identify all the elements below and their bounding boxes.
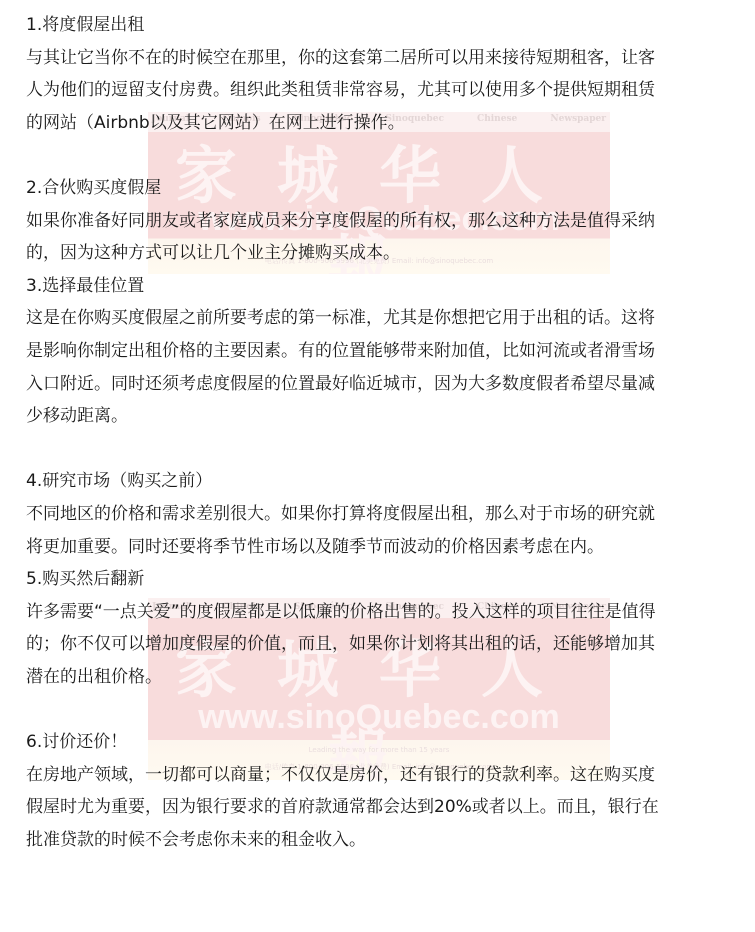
paragraph-line: 如果你准备好同朋友或者家庭成员来分享度假屋的所有权，那么这种方法是值得采纳 xyxy=(26,205,729,238)
paragraph-line: 的；你不仅可以增加度假屋的价值，而且，如果你计划将其出租的话，还能够增加其 xyxy=(26,628,729,661)
paragraph-line: 的网站（Airbnb以及其它网站）在网上进行操作。 xyxy=(26,107,729,140)
spacer xyxy=(26,693,729,726)
article-body: 1.将度假屋出租 与其让它当你不在的时候空在那里，你的这套第二居所可以用来接待短… xyxy=(0,0,755,856)
paragraph-line: 在房地产领域，一切都可以商量；不仅仅是房价，还有银行的贷款利率。这在购买度 xyxy=(26,759,729,792)
paragraph-line: 潜在的出租价格。 xyxy=(26,661,729,694)
section-heading: 5.购买然后翻新 xyxy=(26,563,729,596)
section-heading: 4.研究市场（购买之前） xyxy=(26,465,729,498)
paragraph-line: 的，因为这种方式可以让几个业主分摊购买成本。 xyxy=(26,237,729,270)
paragraph-line: 假屋时尤为重要，因为银行要求的首府款通常都会达到20%或者以上。而且，银行在 xyxy=(26,791,729,824)
paragraph-line: 不同地区的价格和需求差别很大。如果你打算将度假屋出租，那么对于市场的研究就 xyxy=(26,498,729,531)
section-heading: 1.将度假屋出租 xyxy=(26,9,729,42)
paragraph-line: 是影响你制定出租价格的主要因素。有的位置能够带来附加值，比如河流或者滑雪场 xyxy=(26,335,729,368)
paragraph-line: 批准贷款的时候不会考虑你未来的租金收入。 xyxy=(26,824,729,857)
section-heading: 2.合伙购买度假屋 xyxy=(26,172,729,205)
spacer xyxy=(26,433,729,466)
paragraph-line: 许多需要“一点关爱”的度假屋都是以低廉的价格出售的。投入这样的项目往往是值得 xyxy=(26,596,729,629)
section-heading: 3.选择最佳位置 xyxy=(26,270,729,303)
paragraph-line: 这是在你购买度假屋之前所要考虑的第一标准，尤其是你想把它用于出租的话。这将 xyxy=(26,302,729,335)
paragraph-line: 少移动距离。 xyxy=(26,400,729,433)
spacer xyxy=(26,139,729,172)
paragraph-line: 与其让它当你不在的时候空在那里，你的这套第二居所可以用来接待短期租客，让客 xyxy=(26,42,729,75)
paragraph-line: 将更加重要。同时还要将季节性市场以及随季节而波动的价格因素考虑在内。 xyxy=(26,531,729,564)
paragraph-line: 人为他们的逗留支付房费。组织此类租赁非常容易，尤其可以使用多个提供短期租赁 xyxy=(26,74,729,107)
paragraph-line: 入口附近。同时还须考虑度假屋的位置最好临近城市，因为大多数度假者希望尽量减 xyxy=(26,368,729,401)
section-heading: 6.讨价还价！ xyxy=(26,726,729,759)
